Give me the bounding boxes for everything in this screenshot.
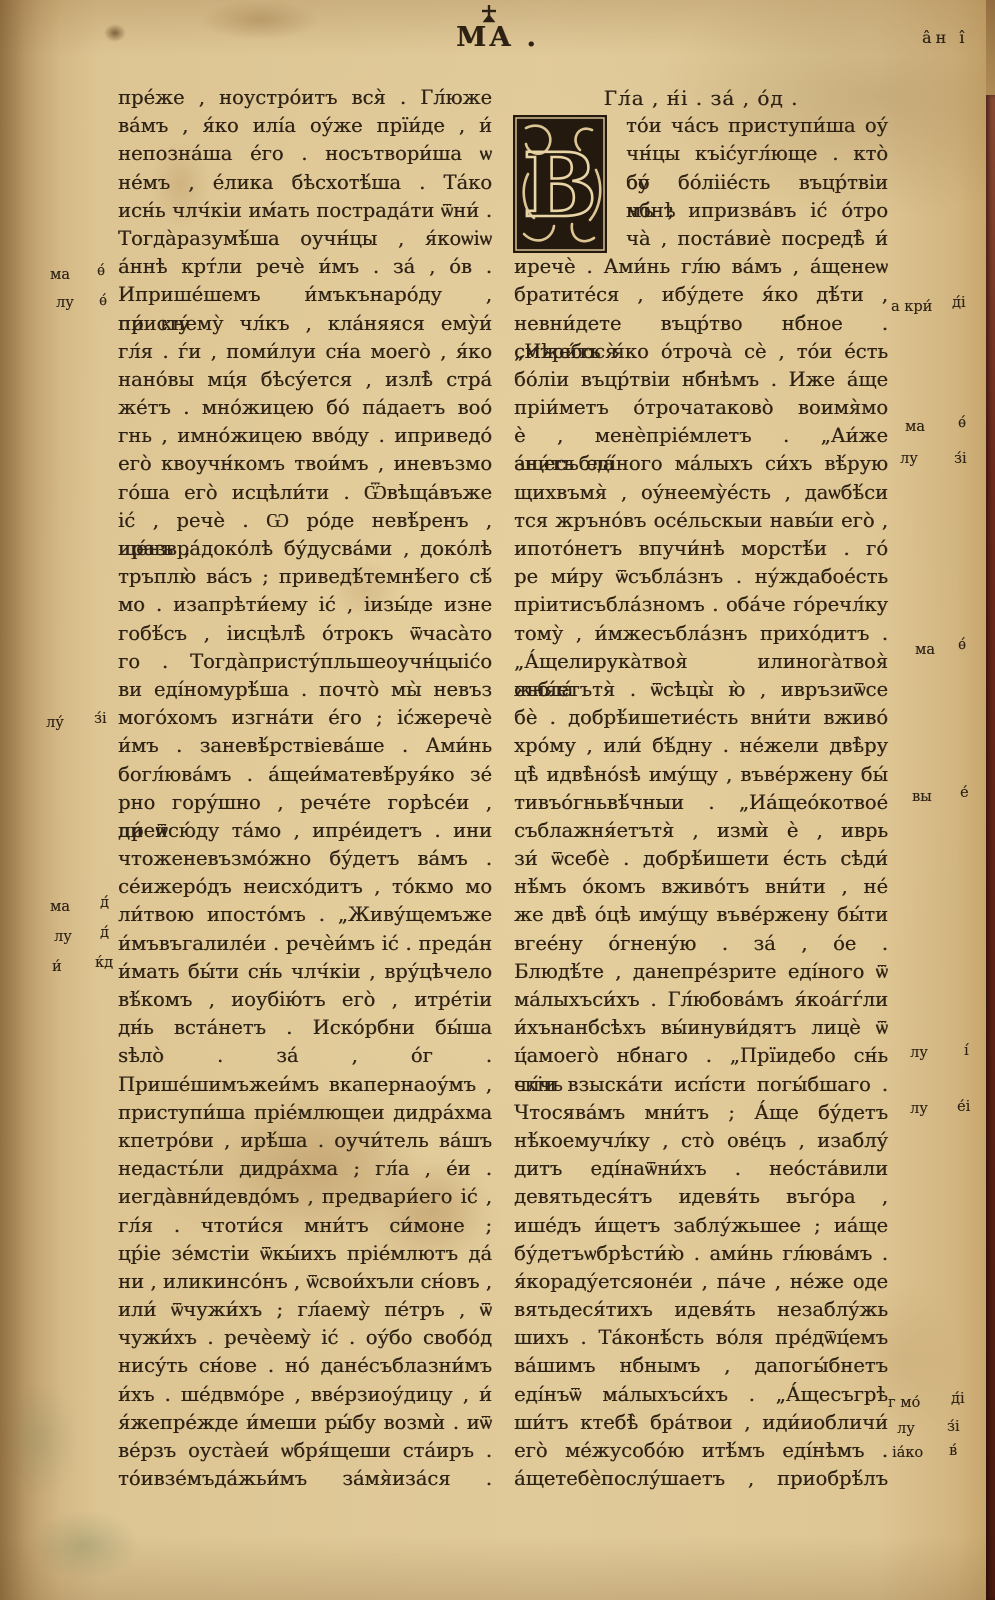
text-line: пре́же , ноустро́итъ вся̀ . Гл́юже xyxy=(118,84,492,112)
text-line: его̀ ме́жусобо́ю итѣ́мъ еді́нѣмъ . xyxy=(514,1437,888,1465)
text-line: зни́тъ еді́ного ма́лыхъ си́хъ вѣ́рую xyxy=(514,450,888,478)
chapter-heading: Гл́а , н́і . за́ , о́д . xyxy=(514,84,888,112)
text-line: гобѣ́съ , іисцѣлѣ̀ о́трокъ ѿчаса̀то xyxy=(118,620,492,648)
margin-note: д́і xyxy=(952,296,966,311)
text-line: иречѐ . Ами́нь гл́ю ва́мъ , а́щенеѡ xyxy=(514,253,888,281)
text-line: се́ижеро́дъ неисхо́дитъ , то́кмо мо xyxy=(118,873,492,901)
text-line: нѣ́мъ о́комъ вживо́тъ вни́ти , не́ xyxy=(514,873,888,901)
margin-note: з́і xyxy=(954,452,967,467)
margin-note: вы xyxy=(912,790,932,805)
left-text-column: пре́же , ноустро́итъ вся̀ . Гл́южева́мъ … xyxy=(118,84,492,1493)
text-line: смѣри́тъ я́ко о́троча̀ сѐ , то́и е́сть xyxy=(514,338,888,366)
text-line: чужи́хъ . речѐему̀ іс́ . оу́бо свобо́д xyxy=(118,1324,492,1352)
page-edge-red xyxy=(986,95,995,1600)
text-line: я́жепре́жде и́меши ры́бу возмѝ . иѿ xyxy=(118,1409,492,1437)
text-line: шихъ . Та́конѣ́сть во́ля пре́дѿц́емъ xyxy=(514,1324,888,1352)
margin-note: лу xyxy=(897,1422,915,1437)
text-line: богл́юва́мъ . а́щеи́матевѣ́руя́ко зе́ xyxy=(118,761,492,789)
right-text-column: Гл́а , н́і . за́ , о́д . В то́и ча́съ пр… xyxy=(514,84,888,1493)
text-line: ре ми́ру ѿсъбла́знъ . ну́ждабое́сть xyxy=(514,563,888,591)
text-line: непозна́ша е́го . носътвори́ша ѡ xyxy=(118,140,492,168)
text-line: ѕѣло̀ . за́ , о́г . xyxy=(118,1042,492,1070)
text-line: дн́ь вста́нетъ . Иско́рбни бы́ша xyxy=(118,1014,492,1042)
margin-note: ѳ́ xyxy=(99,294,107,309)
text-line: недасть́ли дидра́хма ; гл́а , е́и . xyxy=(118,1155,492,1183)
text-line: гнь , имно́жицею вво́ду . иприведо́ xyxy=(118,422,492,450)
text-line: не́мъ , е́лика бѣсхотѣ́ша . Та́ко xyxy=(118,169,492,197)
text-line: Чтосява́мъ мни́тъ ; А́ще бу́детъ xyxy=(514,1099,888,1127)
text-line: невни́дете въцр́тво нб́ное . „Ижебося̀ xyxy=(514,310,888,338)
text-line: Тогда̀разумѣ́ша оучн́цы , я́коѡіѡ xyxy=(118,225,492,253)
text-line: и́мать бы́ти сн́ь члч́кіи , вру́цѣчело xyxy=(118,958,492,986)
margin-note: лу xyxy=(910,1102,928,1117)
text-line: мого́хомъ изгна́ти е́го ; іс́жеречѐ xyxy=(118,704,492,732)
margin-note: з́і xyxy=(94,712,107,727)
text-line: ма́лыхъси́хъ . Гл́юбова́мъ я́коа́гѓли xyxy=(514,986,888,1014)
text-line: тръплю̀ ва́съ ; приведѣ́темнѣ́его сѣ́ xyxy=(118,563,492,591)
text-line: иегда̀вни́девдо́мъ , предвари́его іс́ , xyxy=(118,1183,492,1211)
quire-signature: а̂н і̂ xyxy=(922,28,968,47)
text-line: „А́щелирука̀твоя̀ илинога̀твоя̀ събла́ xyxy=(514,648,888,676)
text-line: я́кораду́етсяоне́и , па́че , не́же оде xyxy=(514,1268,888,1296)
margin-note: іа́ко xyxy=(892,1446,923,1461)
text-line: гл́я . чтоти́ся мни́тъ си́моне ; xyxy=(118,1212,492,1240)
text-line: кпетро́ви , ирѣ́ша . оучи́тель ва́шъ xyxy=(118,1127,492,1155)
binding-gutter-shadow xyxy=(0,0,60,1600)
text-line: а́ннѣ крт́ли речѐ и́мъ . за́ , о́в . xyxy=(118,253,492,281)
text-line: нису́ть сн́ове . но́ дане́съблазни́мъ xyxy=(118,1352,492,1380)
text-line: пріитисъбла́зномъ . оба́че го́речл́ку xyxy=(514,591,888,619)
text-line: ише́дъ и́щетъ заблу́жьшее ; иа́ще xyxy=(514,1212,888,1240)
text-line: то́ивзе́мъда́жьи́мъ за́мя̀иза́ся . xyxy=(118,1465,492,1493)
text-line: цр́іе зе́мстіи ѿкы́ихъ пріе́млютъ да́ xyxy=(118,1240,492,1268)
text-line: ще́нъ , доко́лѣ бу́дусва́ми , доко́лѣ xyxy=(118,535,492,563)
margin-note: е́ xyxy=(960,786,969,801)
text-line: мо . изапрѣти́ему іс́ , іизы́де изне xyxy=(118,591,492,619)
text-line: пріи́метъ о́трочатаково̀ воимя̀мо xyxy=(514,394,888,422)
margin-note: е́і xyxy=(957,1100,970,1115)
text-line: бо́ліи въцр́твіи нб́нѣмъ . Иже а́ще xyxy=(514,366,888,394)
margin-note: лу xyxy=(910,1046,928,1061)
text-line: Иприше́шемъ и́мъкънаро́ду , присту́ xyxy=(118,281,492,309)
margin-note: лу xyxy=(900,452,918,467)
text-line: бѐ . добрѣ́ишетие́сть вни́ти вживо́ xyxy=(514,704,888,732)
text-line: го́ша его̀ исцѣли́ти . Ѿвѣща́въже xyxy=(118,479,492,507)
text-line: тому̀ , и́мжесъбла́знъ прихо́дитъ . xyxy=(514,620,888,648)
text-line: іс́ , речѐ . Ѡ ро́де невѣ́ренъ , иразвра… xyxy=(118,507,492,535)
margin-note: ѳ́ xyxy=(958,638,966,653)
text-line: ли́твою ипосто́мъ . „Живу́щемъже xyxy=(118,901,492,929)
margin-note: ќд xyxy=(95,956,113,971)
text-line: и́мъ . заневѣ́рствіева́ше . Ами́нь xyxy=(118,732,492,760)
margin-note: а кри́ xyxy=(891,300,932,315)
text-line: Прише́шимъжеи́мъ вкапернаоу́мъ , xyxy=(118,1071,492,1099)
text-line: девятьдеся́тъ идевя́ть въго́ра , xyxy=(514,1183,888,1211)
margin-note: д́ xyxy=(100,926,109,941)
text-line: ни , иликинсо́нъ , ѿсвои́хъли сн́овъ , xyxy=(118,1268,492,1296)
text-line: же́тъ . мно́жицею бо́ па́даетъ воо́ xyxy=(118,394,492,422)
margin-note: ѳ́ xyxy=(97,264,105,279)
text-line: ди́ ѿсю́ду та́мо , ипре́идетъ . ини xyxy=(118,817,492,845)
drop-cap-initial: В xyxy=(512,114,608,254)
text-line: вѣ́комъ , иоубію́тъ его̀ , итре́тіи xyxy=(118,986,492,1014)
text-line: ва́мъ , я́ко илі́а оу́же прїи́де , и́ xyxy=(118,112,492,140)
margin-note: д́і xyxy=(951,1392,965,1407)
text-line: ши́тъ ктебѣ̀ бра́твои , иди́иобличи́ xyxy=(514,1409,888,1437)
text-line: тся жръно́въ осе́льскыи навы́и его̀ , xyxy=(514,507,888,535)
text-line: съблажня́етътя̀ , измѝ ѐ , иврь xyxy=(514,817,888,845)
text-line: ва́шимъ нб́нымъ , дапогы́бнетъ xyxy=(514,1352,888,1380)
margin-note: ма xyxy=(50,268,70,283)
svg-text:В: В xyxy=(523,133,597,237)
text-line: ѐ , менѐпріе́млетъ . „Аи́же а́щесъбла́ xyxy=(514,422,888,450)
text-line: рно гору́шно , рече́те горѣсе́и , преи xyxy=(118,789,492,817)
text-line: гл́я . ѓи , поми́луи сн́а моего̀ , я́ко xyxy=(118,338,492,366)
margin-note: з́і xyxy=(947,1420,960,1435)
text-line: щихвъмя̀ , оу́неему̀е́сть , даѡбѣ́си xyxy=(514,479,888,507)
text-line: Блюдѣ́те , данепре́зрите еді́ного ѿ xyxy=(514,958,888,986)
text-line: дитъ еді́наѿни́хъ . нео́ста́вили xyxy=(514,1155,888,1183)
margin-note: д́ xyxy=(100,896,109,911)
text-line: скіи взыска́ти исп́сти погы́бшаго . xyxy=(514,1071,888,1099)
margin-note: ѳ́ xyxy=(958,416,966,431)
text-line: тивъо́гньвѣ́чныи . „Иа́щео́котвое́ xyxy=(514,789,888,817)
text-line: хро́му , или́ бѣ́дну . не́жели двѣ̀ру xyxy=(514,732,888,760)
text-line: ипото́нетъ впучи́нѣ морстѣ́и . го́ xyxy=(514,535,888,563)
book-page-scan: МА . а̂н і̂ пре́же , ноустро́итъ вся̀ . … xyxy=(0,0,995,1600)
margin-note: ма xyxy=(905,420,925,435)
text-line: бу́детъѡбрѣсти́ю̀ . ами́нь гл́юва́мъ . xyxy=(514,1240,888,1268)
text-line: цѣ̀ идвѣ̀но́ѕѣ иму́щу , въве́ржену бы́ xyxy=(514,761,888,789)
text-line: братите́ся , ибу́дете я́ко дѣ́ти , xyxy=(514,281,888,309)
text-line: нѣ́коемучл́ку , сто̀ ове́цъ , изаблу́ xyxy=(514,1127,888,1155)
text-line: и́хъ . ше́двмо́ре , вве́рзиоу́дицу , и́ xyxy=(118,1381,492,1409)
text-line: пи́ кнему̀ чл́къ , кла́няяся ему̀и́ xyxy=(118,310,492,338)
running-title: МА . xyxy=(0,22,995,53)
margin-note: и́ xyxy=(52,960,62,975)
text-line: жня́етътя̀ . ѿсѣцы̀ ю̀ , ивръзиѿсе xyxy=(514,676,888,704)
text-line: а́щетебѐпослу́шаетъ , приобрѣ́лъ xyxy=(514,1465,888,1493)
text-line: нано́вы мц́я бѣсу́ется , излѣ̀ стра́ xyxy=(118,366,492,394)
margin-note: ма xyxy=(50,900,70,915)
margin-note: і́ xyxy=(964,1044,969,1059)
text-line: вгее́ну о́гнену́ю . за́ , о́е . xyxy=(514,930,888,958)
text-line: зи́ ѿсебѐ . добрѣ́ишети е́сть сѣди́ xyxy=(514,845,888,873)
text-line: и́хънанб́сѣхъ вы́инуви́дятъ лицѐ ѿ xyxy=(514,1014,888,1042)
text-line: же двѣ̀ о́цѣ иму́щу въве́ржену бы́ти xyxy=(514,901,888,929)
margin-note: лу xyxy=(54,930,72,945)
margin-note: ма xyxy=(915,643,935,658)
text-line: исн́ь члч́кіи им́ать пострада́ти ѿни́ . xyxy=(118,197,492,225)
text-line: его̀ квоучн́комъ твои́мъ , иневъзмо xyxy=(118,450,492,478)
text-line: ве́рзъ оуста̀еи́ ѡбря́щеши ста́иръ . xyxy=(118,1437,492,1465)
text-line: вятьдеся́тихъ идевя́ть незаблу́жь xyxy=(514,1296,888,1324)
margin-note: в́ xyxy=(949,1444,957,1459)
text-line: ви еді́номурѣ́ша . почто̀ мы̀ невъз xyxy=(118,676,492,704)
margin-note: г мо́ xyxy=(888,1396,920,1411)
text-line: го . Тогда̀присту́пльшеоучн́цыіс́о xyxy=(118,648,492,676)
text-line: еді́нъѿ ма́лыхъси́хъ . „А́щесъгрѣ xyxy=(514,1381,888,1409)
text-line: приступи́ша пріе́млющеи дидра́хма xyxy=(118,1099,492,1127)
text-line: ц́амоего̀ нб́наго . „Прїидебо сн́ь чл́чь xyxy=(514,1042,888,1070)
text-line: и́мъвъгалиле́и . речѐи́мъ іс́ . преда́н xyxy=(118,930,492,958)
margin-note: лу́ xyxy=(46,716,64,731)
margin-note: лу xyxy=(56,296,74,311)
text-line: чтоженевъзмо́жно бу́детъ ва́мъ . xyxy=(118,845,492,873)
text-line: или́ ѿчужи́хъ ; гл́аему̀ пе́тръ , ѿ xyxy=(118,1296,492,1324)
